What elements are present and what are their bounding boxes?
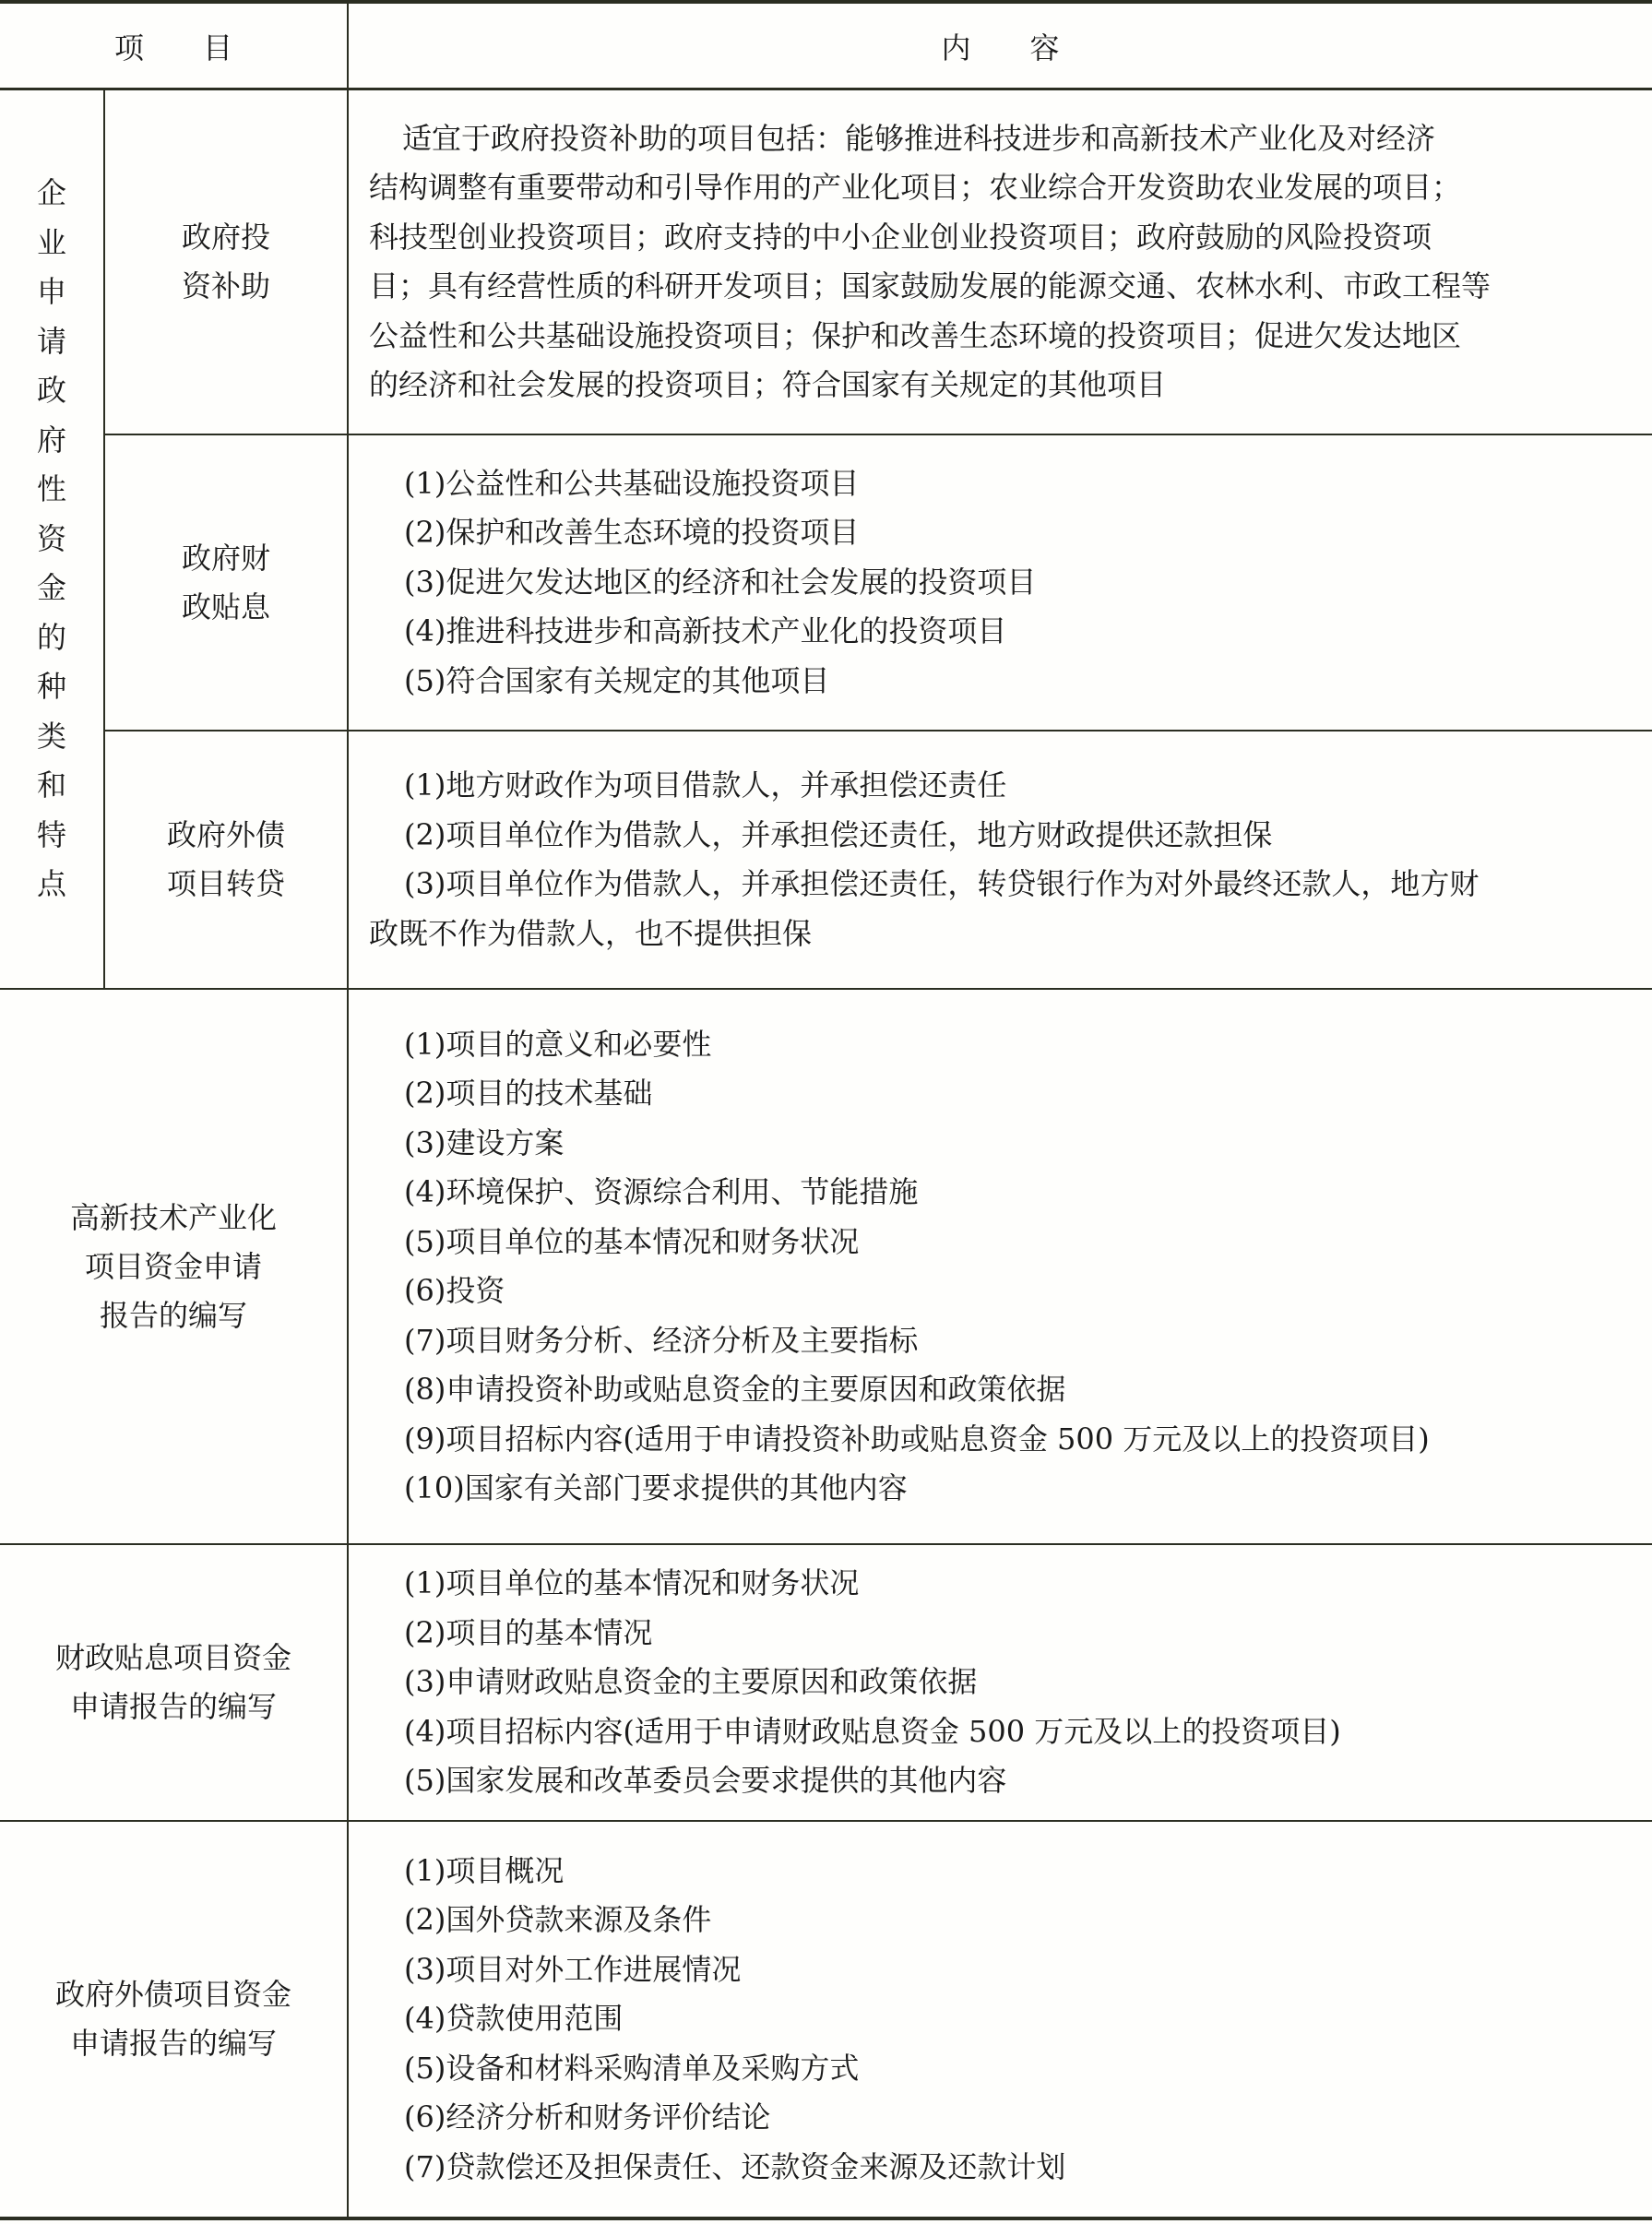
paragraph-line: 的经济和社会发展的投资项目；符合国家有关规定的其他项目 [369,361,1642,410]
paragraph-line: 科技型创业投资项目；政府支持的中小企业创业投资项目；政府鼓励的风险投资项 [369,213,1642,263]
list-item: (3)建设方案 [351,1119,1642,1169]
row-label-interest-subsidy: 政府财 政贴息 [105,435,347,730]
list-item: (4)贷款使用范围 [351,1994,1642,2044]
list-item: (1)地方财政作为项目借款人，并承担偿还责任 [351,761,1642,811]
list-item: (3)项目对外工作进展情况 [351,1945,1642,1995]
row-label-hightech-report: 高新技术产业化 项目资金申请 报告的编写 [0,990,347,1543]
label-line: 资补助 [182,262,270,311]
paragraph-line: 结构调整有重要带动和引导作用的产业化项目；农业综合开发资助农业发展的项目； [369,163,1642,213]
list-item: (3)促进欠发达地区的经济和社会发展的投资项目 [351,558,1642,608]
list-item: (5)项目单位的基本情况和财务状况 [351,1218,1642,1267]
list-item: (3)项目单位作为借款人，并承担偿还责任，转贷银行作为对外最终还款人，地方财 [351,860,1642,910]
label-line: 财政贴息项目资金 [55,1634,291,1683]
list-item: (7)项目财务分析、经济分析及主要指标 [351,1316,1642,1366]
list-item: (8)申请投资补助或贴息资金的主要原因和政策依据 [351,1365,1642,1415]
header-content: 内 容 [349,4,1652,88]
list-item: (10)国家有关部门要求提供的其他内容 [351,1464,1642,1514]
list-item: (5)设备和材料采购清单及采购方式 [351,2044,1642,2094]
content-foreign-debt-onlending: (1)地方财政作为项目借款人，并承担偿还责任 (2)项目单位作为借款人，并承担偿… [351,731,1642,988]
label-line: 政府外债项目资金 [55,1970,291,2019]
list-item: (6)投资 [351,1267,1642,1316]
content-hightech-report: (1)项目的意义和必要性 (2)项目的技术基础 (3)建设方案 (4)环境保护、… [351,990,1642,1543]
label-line: 政府财 [182,534,270,583]
list-item: (4)推进科技进步和高新技术产业化的投资项目 [351,607,1642,657]
row-label-foreign-debt-report: 政府外债项目资金 申请报告的编写 [0,1822,347,2217]
list-item-continuation: 政既不作为借款人，也不提供担保 [351,910,1642,959]
label-line: 报告的编写 [100,1291,247,1340]
header-item: 项 目 [0,4,347,88]
label-line: 政府外债 [167,811,285,860]
list-item: (6)经济分析和财务评价结论 [351,2093,1642,2143]
list-item: (2)项目单位作为借款人，并承担偿还责任，地方财政提供还款担保 [351,811,1642,861]
content-interest-subsidy: (1)公益性和公共基础设施投资项目 (2)保护和改善生态环境的投资项目 (3)促… [351,435,1642,730]
list-item: (7)贷款偿还及担保责任、还款资金来源及还款计划 [351,2143,1642,2193]
row-label-foreign-debt-onlending: 政府外债 项目转贷 [105,731,347,988]
list-item: (4)项目招标内容(适用于申请财政贴息资金 500 万元及以上的投资项目) [351,1707,1642,1757]
column-divider-main [347,0,349,2220]
list-item: (5)国家发展和改革委员会要求提供的其他内容 [351,1756,1642,1806]
paragraph-line: 公益性和公共基础设施投资项目；保护和改善生态环境的投资项目；促进欠发达地区 [369,312,1642,362]
label-line: 项目资金申请 [85,1243,262,1291]
row-label-interest-report: 财政贴息项目资金 申请报告的编写 [0,1545,347,1820]
label-line: 申请报告的编写 [70,1683,277,1731]
label-line: 申请报告的编写 [70,2019,277,2068]
list-item: (2)项目的基本情况 [351,1609,1642,1659]
paragraph-line: 目；具有经营性质的科研开发项目；国家鼓励发展的能源交通、农林水利、市政工程等 [369,262,1642,312]
content-foreign-debt-report: (1)项目概况 (2)国外贷款来源及条件 (3)项目对外工作进展情况 (4)贷款… [351,1822,1642,2217]
list-item: (1)项目单位的基本情况和财务状况 [351,1559,1642,1609]
label-line: 政贴息 [182,583,270,632]
list-item: (4)环境保护、资源综合利用、节能措施 [351,1168,1642,1218]
list-item: (5)符合国家有关规定的其他项目 [351,657,1642,707]
list-item: (2)保护和改善生态环境的投资项目 [351,508,1642,558]
content-interest-report: (1)项目单位的基本情况和财务状况 (2)项目的基本情况 (3)申请财政贴息资金… [351,1545,1642,1820]
paragraph-line: 适宜于政府投资补助的项目包括：能够推进科技进步和高新技术产业化及对经济 [369,114,1642,164]
table-bottom-rule [0,2217,1652,2220]
group-label: 企业申请政府性资金的种类和特点 [33,169,70,910]
label-line: 项目转贷 [167,860,285,909]
header-content-label: 内 容 [941,25,1059,67]
row-label-investment-subsidy: 政府投 资补助 [105,90,347,434]
list-item: (9)项目招标内容(适用于申请投资补助或贴息资金 500 万元及以上的投资项目) [351,1415,1642,1465]
content-investment-subsidy: 适宜于政府投资补助的项目包括：能够推进科技进步和高新技术产业化及对经济 结构调整… [369,90,1642,434]
list-item: (2)国外贷款来源及条件 [351,1896,1642,1945]
label-line: 高新技术产业化 [70,1194,277,1243]
list-item: (1)公益性和公共基础设施投资项目 [351,459,1642,509]
list-item: (1)项目的意义和必要性 [351,1020,1642,1070]
label-line: 政府投 [182,213,270,262]
header-item-label: 项 目 [114,25,232,67]
group-label-cell: 企业申请政府性资金的种类和特点 [0,90,103,988]
funding-table: 项 目 内 容 企业申请政府性资金的种类和特点 政府投 资补助 适宜于政府投资补… [0,0,1652,2220]
list-item: (3)申请财政贴息资金的主要原因和政策依据 [351,1658,1642,1707]
list-item: (2)项目的技术基础 [351,1069,1642,1119]
list-item: (1)项目概况 [351,1847,1642,1897]
